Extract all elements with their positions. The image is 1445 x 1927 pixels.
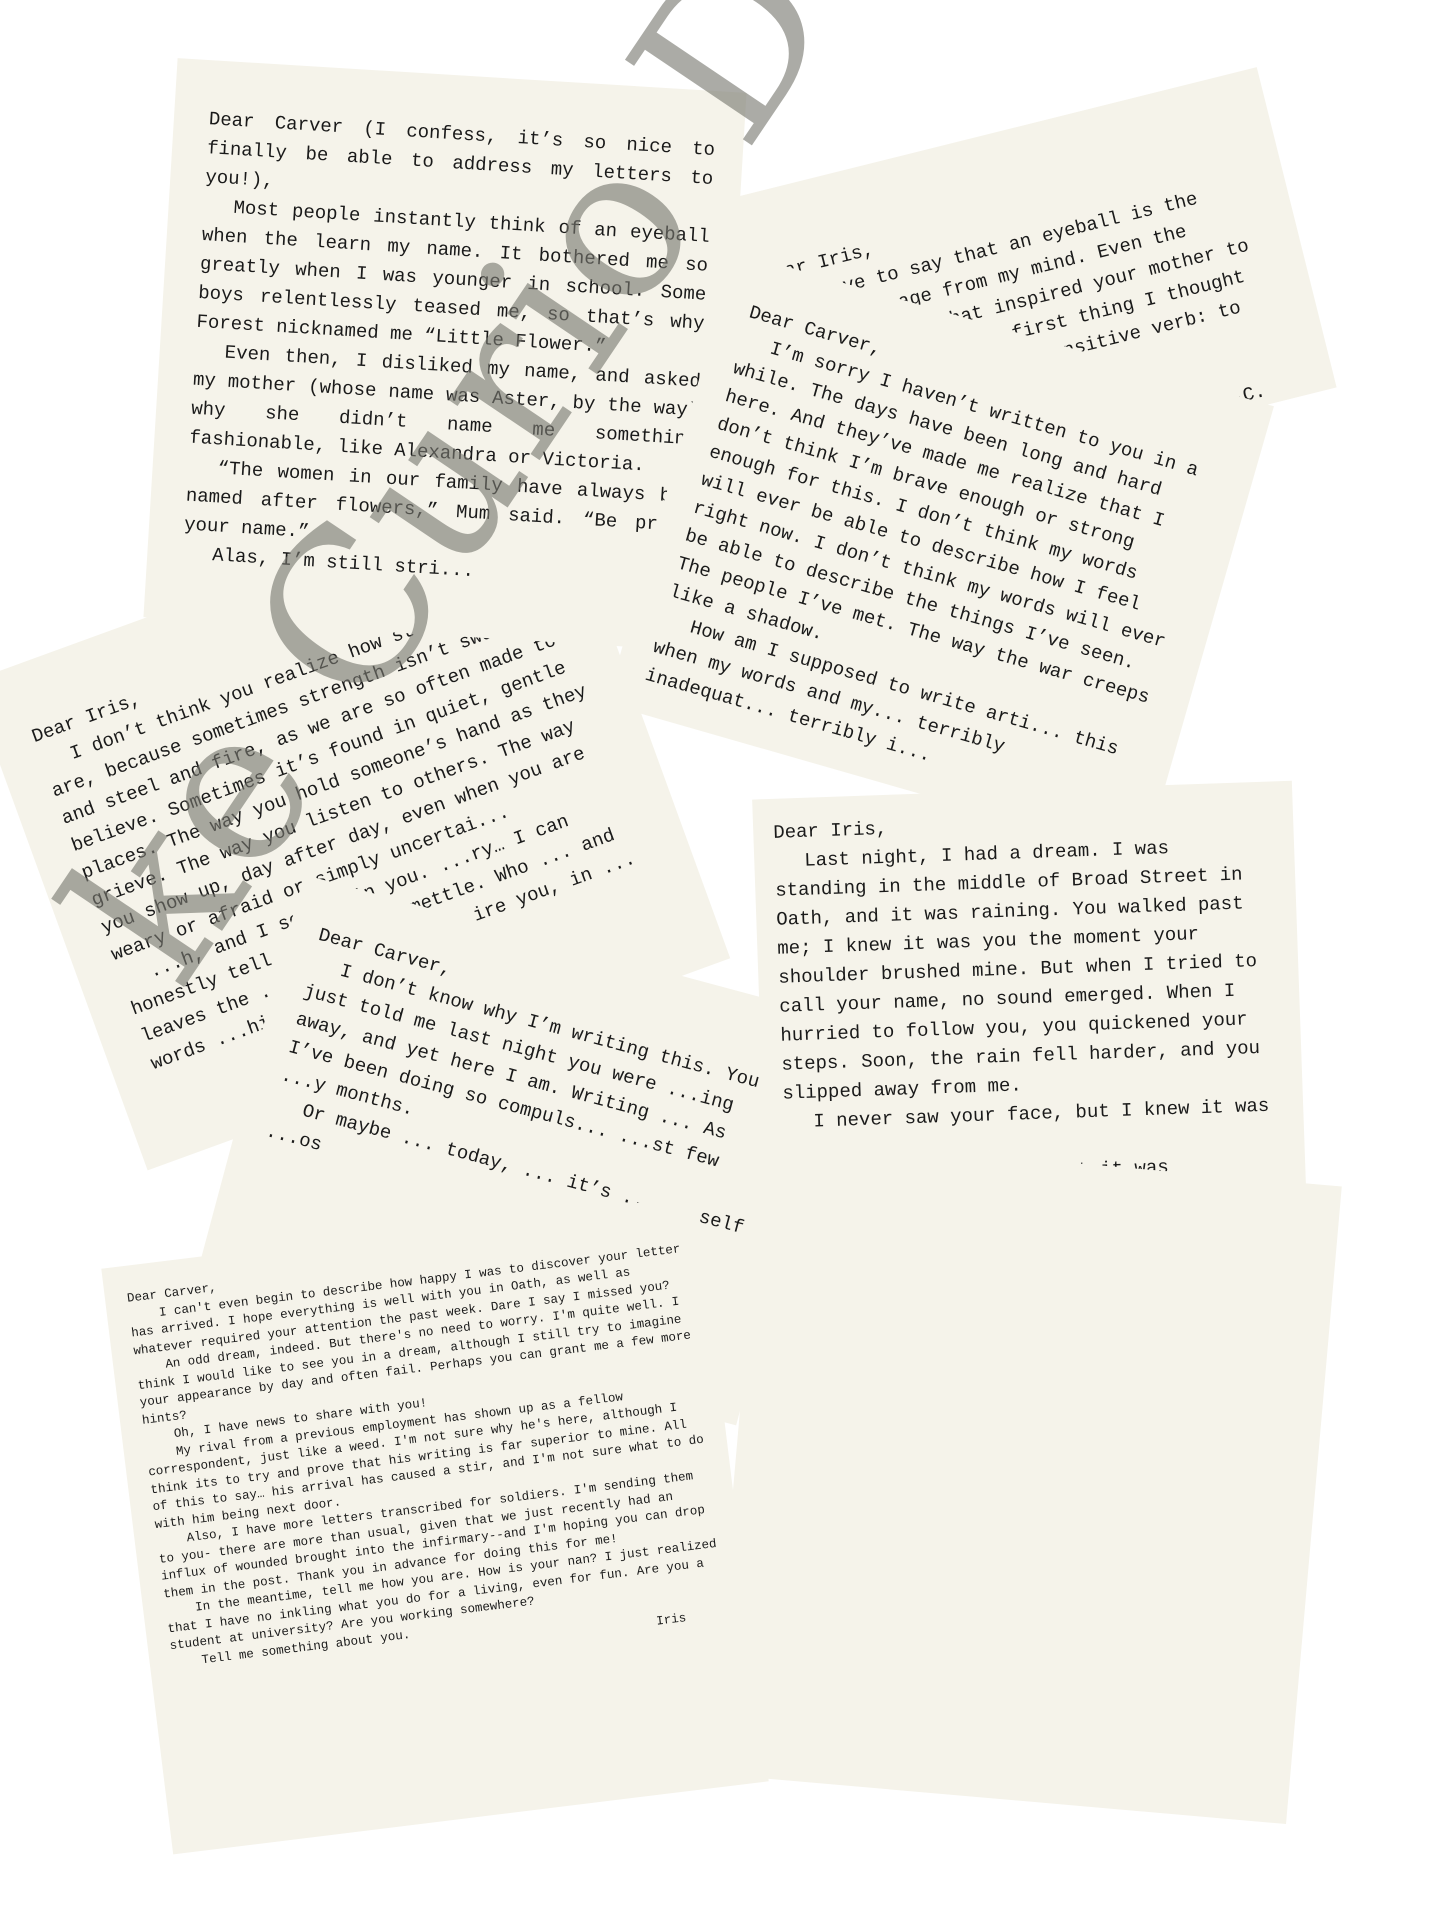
letter-iris-rival xyxy=(708,1136,1342,1824)
letter-closing xyxy=(782,1187,1316,1234)
letter-paragraph: Last night, I had a dream. I was standin… xyxy=(774,831,1275,1109)
letter-carver-love: Dear Carver, I can't even begin to descr… xyxy=(101,1196,768,1855)
letter-signature xyxy=(782,1187,1316,1234)
